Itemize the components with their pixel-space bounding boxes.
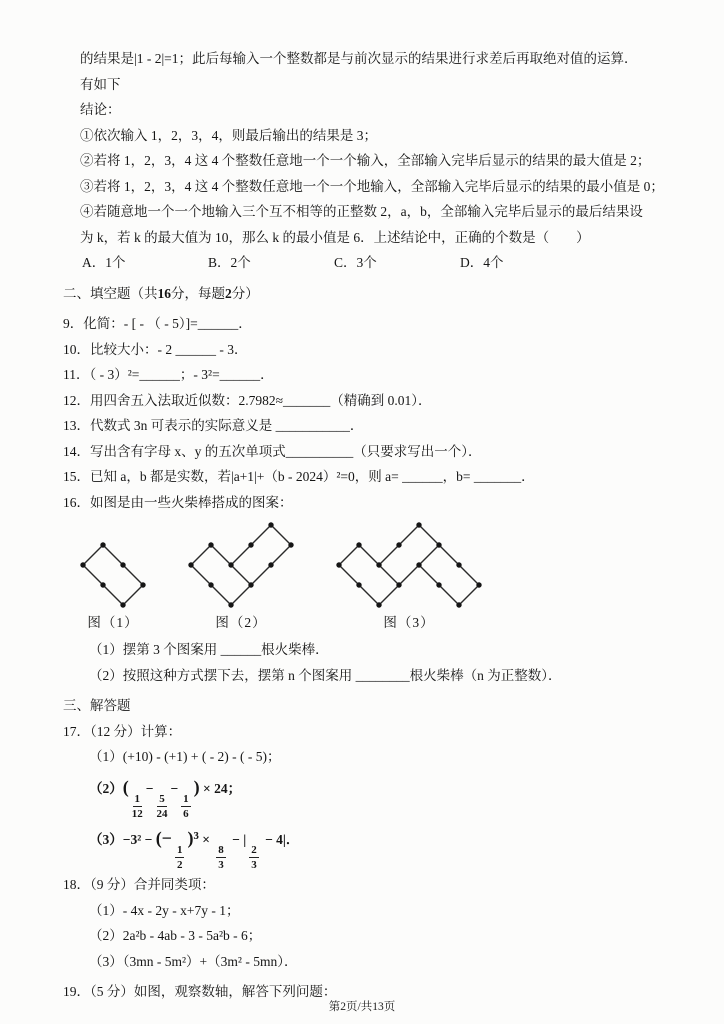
question-17-title: 17．（12 分）计算： xyxy=(63,719,666,745)
question-13: 13．代数式 3n 可表示的实际意义是 ___________． xyxy=(63,413,666,439)
q8-intro: 的结果是|1 - 2|=1；此后每输入一个整数都是与前次显示的结果进行求差后再取… xyxy=(63,46,648,123)
question-16-part-2: （2）按照这种方式摆下去，摆第 n 个图案用 ________根火柴棒（n 为正… xyxy=(63,663,666,689)
matchstick-figures: 图（1） 图（2） xyxy=(63,519,666,633)
q8-conclusion-2: ②若将 1，2，3，4 这 4 个整数任意地一个一个输入，全部输入完毕后显示的结… xyxy=(63,148,666,174)
figure-2-caption: 图（2） xyxy=(185,613,297,633)
question-18-title: 18．（9 分）合并同类项： xyxy=(63,872,666,898)
question-17-part-2: （2）(112−524−16) × 24； xyxy=(63,770,666,821)
option-b: B．2个 xyxy=(208,250,334,276)
question-17-part-1: （1）(+10) - (+1) + ( - 2) - ( - 5)； xyxy=(63,744,666,770)
document-page: 的结果是|1 - 2|=1；此后每输入一个整数都是与前次显示的结果进行求差后再取… xyxy=(0,0,724,1024)
question-18-part-2: （2）2a²b - 4ab - 3 - 5a²b - 6； xyxy=(63,923,666,949)
question-17-part-3: （3）−3² − (−12)³ × 83 − |23 − 4|． xyxy=(63,821,666,872)
section-2-heading: 二、填空题（共16分，每题2分） xyxy=(63,281,666,307)
question-18-part-3: （3）（3mn - 5m²）+（3m² - 5mn）． xyxy=(63,949,666,975)
matchstick-figure-2: 图（2） xyxy=(185,519,297,633)
question-16-title: 16．如图是由一些火柴棒搭成的图案： xyxy=(63,490,666,516)
question-11: 11．（ - 3）²=______；- 3²=______． xyxy=(63,362,666,388)
question-16-part-1: （1）摆第 3 个图案用 ______根火柴棒． xyxy=(63,637,666,663)
q8-conclusion-3: ③若将 1，2，3，4 这 4 个整数任意地一个一个地输入，全部输入完毕后显示的… xyxy=(63,174,666,200)
right-paren-cubed: )³ xyxy=(187,828,198,848)
figure-3-caption: 图（3） xyxy=(333,613,485,633)
question-15: 15．已知 a，b 都是实数，若|a+1|+（b - 2024）²=0，则 a=… xyxy=(63,464,666,490)
page-footer: 第2页/共13页 xyxy=(0,998,724,1014)
option-d: D．4个 xyxy=(460,250,586,276)
figure-1-caption: 图（1） xyxy=(77,613,149,633)
section-2-text: 二、填空题（共 xyxy=(63,286,158,301)
section-2-total-points: 16 xyxy=(158,286,172,301)
fraction-5-24: 524 xyxy=(156,793,167,821)
matchstick-figure-1-drawing xyxy=(77,539,149,611)
question-12: 12．用四舍五入法取近似数：2.7982≈_______（精确到 0.01）． xyxy=(63,388,666,414)
q8-intro-line-1: 的结果是|1 - 2|=1；此后每输入一个整数都是与前次显示的结果进行求差后再取… xyxy=(80,51,638,92)
fraction-1-12: 112 xyxy=(132,793,143,821)
fraction-8-3: 83 xyxy=(216,844,226,872)
option-a: A．1个 xyxy=(82,250,208,276)
section-3-heading: 三、解答题 xyxy=(63,693,666,719)
fraction-1-2: 12 xyxy=(175,844,185,872)
q8-conclusion-4: ④若随意地一个一个地输入三个互不相等的正整数 2，a，b，全部输入完毕后显示的最… xyxy=(63,199,648,250)
section-2-points-each: 2 xyxy=(225,286,232,301)
question-9: 9．化简：- [ - （ - 5）]=______． xyxy=(63,311,666,337)
question-14: 14．写出含有字母 x、y 的五次单项式__________（只要求写出一个）． xyxy=(63,439,666,465)
matchstick-figure-2-drawing xyxy=(185,519,297,611)
q8-conclusion-1: ①依次输入 1，2，3，4，则最后输出的结果是 3； xyxy=(63,123,666,149)
q8-options: A．1个 B．2个 C．3个 D．4个 xyxy=(63,250,666,276)
fraction-1-6: 16 xyxy=(181,793,191,821)
question-10: 10．比较大小：- 2 ______ - 3． xyxy=(63,337,666,363)
fraction-2-3: 23 xyxy=(249,844,259,872)
q8-intro-line-2: 结论： xyxy=(80,102,121,117)
left-paren: (− xyxy=(156,828,172,848)
matchstick-figure-1: 图（1） xyxy=(77,539,149,633)
matchstick-figure-3: 图（3） xyxy=(333,519,485,633)
question-18-part-1: （1）- 4x - 2y - x+7y - 1； xyxy=(63,898,666,924)
left-paren: ( xyxy=(123,777,129,797)
matchstick-figure-3-drawing xyxy=(333,519,485,611)
option-c: C．3个 xyxy=(334,250,460,276)
